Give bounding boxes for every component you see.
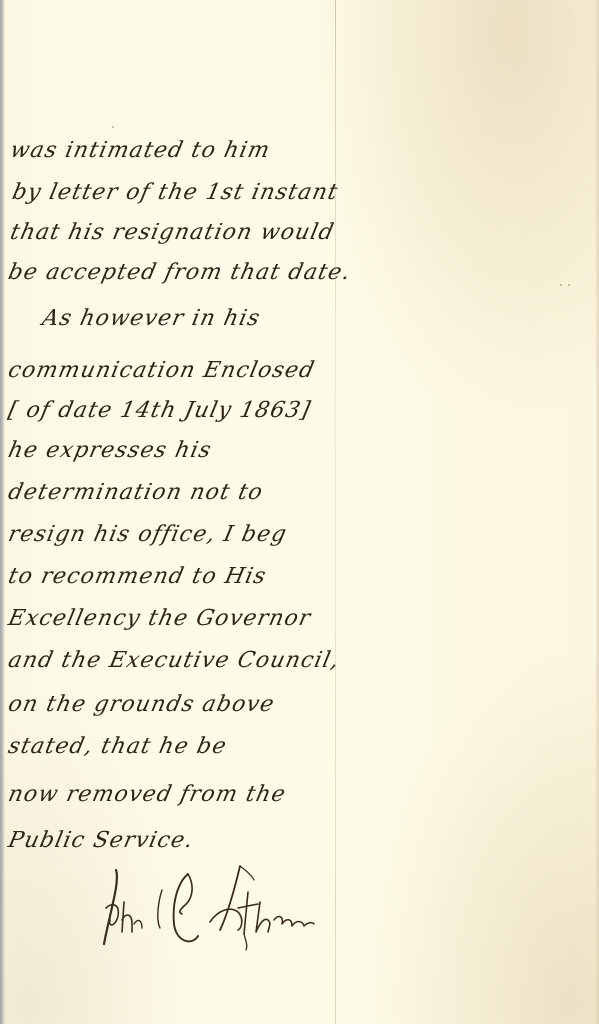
- document-page: was intimated to him by letter of the 1s…: [0, 0, 599, 1024]
- paper-speck: [560, 284, 562, 286]
- handwritten-line: be accepted from that date.: [6, 260, 353, 285]
- handwritten-line: resign his office, I beg: [6, 522, 289, 547]
- paper-right-edge: [595, 0, 599, 1024]
- handwritten-line: that his resignation would: [8, 220, 337, 245]
- handwritten-line: now removed from the: [6, 782, 289, 807]
- handwritten-line: and the Executive Council,: [6, 648, 342, 673]
- handwritten-line: determination not to: [6, 480, 266, 505]
- handwritten-line: by letter of the 1st instant: [10, 180, 341, 205]
- handwritten-line: Excellency the Governor: [6, 606, 313, 631]
- handwritten-line: was intimated to him: [8, 138, 273, 163]
- handwritten-line: Public Service.: [6, 828, 196, 853]
- handwritten-line: [ of date 14th July 1863]: [6, 398, 313, 423]
- handwritten-line: communication Enclosed: [6, 358, 317, 383]
- handwritten-line: stated, that he be: [6, 734, 229, 759]
- handwritten-line: As however in his: [40, 306, 263, 331]
- handwritten-line: to recommend to His: [6, 564, 269, 589]
- handwritten-line: on the grounds above: [6, 692, 277, 717]
- signature: John R Arthur: [98, 862, 320, 954]
- signature-scrawl-icon: [98, 862, 320, 954]
- handwritten-line: he expresses his: [6, 438, 214, 463]
- paper-speck: [568, 284, 570, 286]
